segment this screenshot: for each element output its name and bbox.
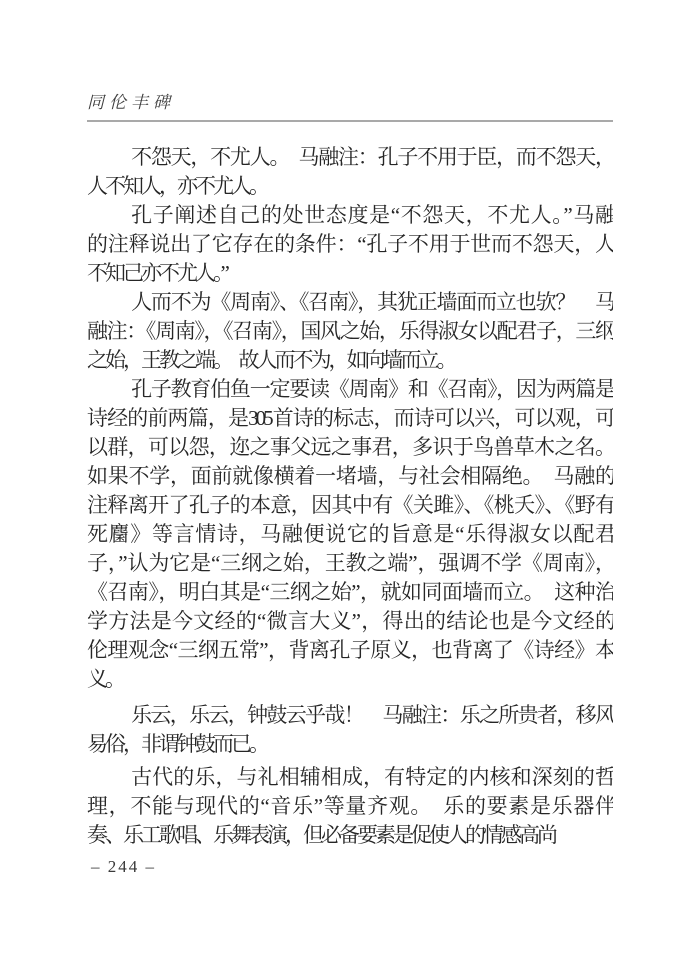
text-line: 以群，可以怨，迩之事父远之事君，多识于鸟兽草木之名。: [87, 433, 613, 462]
body-text: 不怨天，不尤人。 马融注：孔子不用于臣，而不怨天，人不知人，亦不尤人。孔子阐述自…: [87, 143, 613, 850]
paragraph: 孔子阐述自己的处世态度是“不怨天，不尤人。”马融的注释说出了它存在的条件：“孔子…: [87, 201, 613, 288]
text-line: 学方法是今文经的“微言大义”，得出的结论也是今文经的: [87, 607, 613, 636]
text-line: 孔子教育伯鱼一定要读《周南》和《召南》，因为两篇是: [87, 375, 613, 404]
text-line: 子，”认为它是“三纲之始，王教之端”，强调不学《周南》，: [87, 549, 613, 578]
text-line: 《召南》，明白其是“三纲之始”，就如同面墙而立。 这种治: [87, 578, 613, 607]
text-line: 不知己亦不尤人。”: [87, 259, 613, 288]
text-line: 注释离开了孔子的本意，因其中有《关雎》、《桃夭》、《野有: [87, 491, 613, 520]
paragraph: 古代的乐，与礼相辅相成，有特定的内核和深刻的哲理，不能与现代的“音乐”等量齐观。…: [87, 763, 613, 850]
text-line: 诗经的前两篇，是305首诗的标志，而诗可以兴，可以观，可: [87, 404, 613, 433]
paragraph: 人而不为《周南》、《召南》，其犹正墙面而立也欤？ 马融注：《周南》，《召南》，国…: [87, 288, 613, 375]
running-head-title: 同伦丰碑: [87, 93, 613, 113]
text-line: 死麕》等言情诗，马融便说它的旨意是“乐得淑女以配君: [87, 520, 613, 549]
text-line: 伦理观念“三纲五常”，背离孔子原义，也背离了《诗经》本: [87, 636, 613, 665]
text-line: 易俗，非谓钟鼓而已。: [87, 730, 613, 759]
text-line: 融注：《周南》，《召南》，国风之始，乐得淑女以配君子，三纲: [87, 317, 613, 346]
page-footer: – 244 –: [91, 857, 156, 877]
text-line: 如果不学，面前就像横着一堵墙，与社会相隔绝。 马融的: [87, 462, 613, 491]
paragraph: 孔子教育伯鱼一定要读《周南》和《召南》，因为两篇是诗经的前两篇，是305首诗的标…: [87, 375, 613, 694]
header-rule: [87, 120, 613, 122]
text-line: 理，不能与现代的“音乐”等量齐观。 乐的要素是乐器伴: [87, 792, 613, 821]
text-line: 孔子阐述自己的处世态度是“不怨天，不尤人。”马融: [87, 201, 613, 230]
text-line: 的注释说出了它存在的条件：“孔子不用于世而不怨天，人: [87, 230, 613, 259]
text-line: 乐云，乐云，钟鼓云乎哉！ 马融注：乐之所贵者，移风: [87, 701, 613, 730]
text-line: 古代的乐，与礼相辅相成，有特定的内核和深刻的哲: [87, 763, 613, 792]
page-number: – 244 –: [91, 857, 156, 876]
text-line: 不怨天，不尤人。 马融注：孔子不用于臣，而不怨天，: [87, 143, 613, 172]
text-line: 义。: [87, 665, 613, 694]
text-line: 人不知人，亦不尤人。: [87, 172, 613, 201]
text-line: 人而不为《周南》、《召南》，其犹正墙面而立也欤？ 马: [87, 288, 613, 317]
paragraph: 乐云，乐云，钟鼓云乎哉！ 马融注：乐之所贵者，移风易俗，非谓钟鼓而已。: [87, 701, 613, 759]
paragraph: 不怨天，不尤人。 马融注：孔子不用于臣，而不怨天，人不知人，亦不尤人。: [87, 143, 613, 201]
page-header: 同伦丰碑: [87, 93, 613, 122]
book-page: 同伦丰碑 不怨天，不尤人。 马融注：孔子不用于臣，而不怨天，人不知人，亦不尤人。…: [0, 0, 692, 968]
text-line: 奏、乐工歌唱、乐舞表演，但必备要素是促使人的情感高尚: [87, 821, 613, 850]
text-line: 之始，王教之端。 故人而不为，如向墙而立。: [87, 346, 613, 375]
